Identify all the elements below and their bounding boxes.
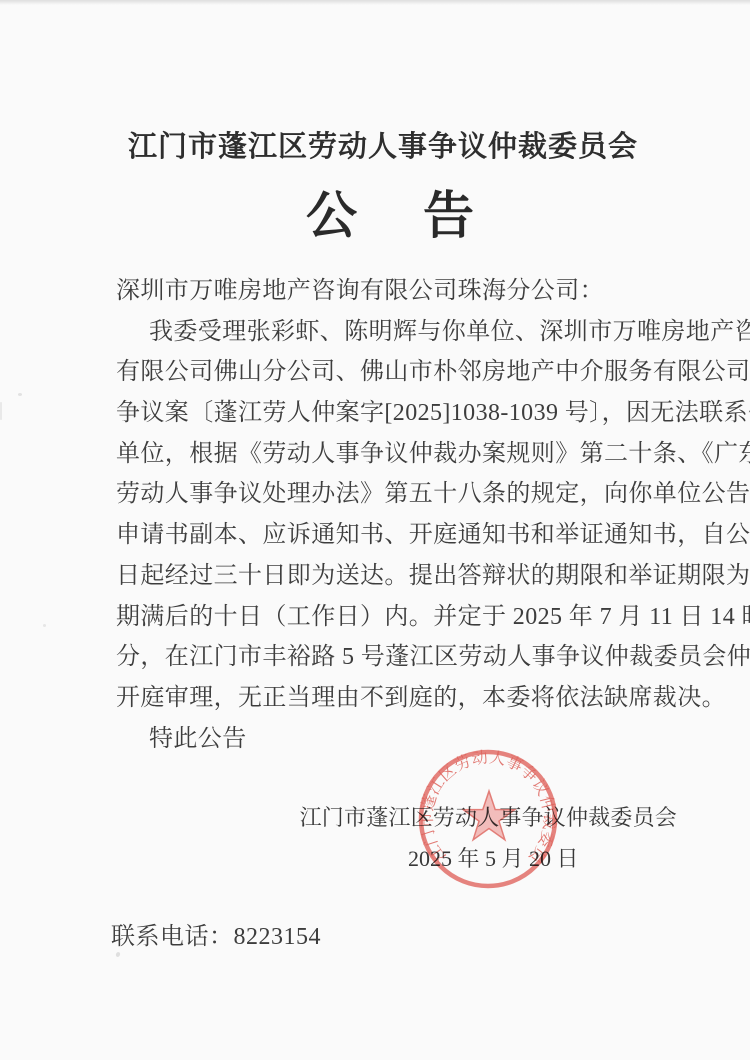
body-text-line: 有限公司佛山分公司、佛山市朴邻房地产中介服务有限公司劳动	[116, 352, 676, 393]
announcement-document: 江门市蓬江区劳动人事争议仲裁委员会 公告 深圳市万唯房地产咨询有限公司珠海分公司…	[0, 0, 750, 1060]
doc-type-char-first: 公	[306, 189, 357, 245]
body-text-line: 期满后的十日（工作日）内。并定于 2025 年 7 月 11 日 14 时 45	[116, 597, 676, 638]
contact-phone-row: 联系电话：8223154	[111, 916, 321, 951]
announcement-body: 深圳市万唯房地产咨询有限公司珠海分公司：我委受理张彩虾、陈明辉与你单位、深圳市万…	[116, 271, 676, 759]
scan-speck	[0, 402, 2, 420]
seal-star-icon	[463, 791, 514, 840]
body-text-line: 日起经过三十日即为送达。提出答辩状的期限和举证期限为公告	[116, 556, 676, 597]
body-text-line: 争议案〔蓬江劳人仲案字[2025]1038-1039 号〕，因无法联系你	[116, 393, 676, 434]
body-text-line: 分，在江门市丰裕路 5 号蓬江区劳动人事争议仲裁委员会仲裁庭	[116, 637, 676, 678]
body-text-line: 开庭审理，无正当理由不到庭的，本委将依法缺席裁决。	[116, 678, 676, 719]
official-seal: 江门市蓬江区劳动人事争议仲裁委员会	[412, 743, 564, 895]
body-text-line: 劳动人事争议处理办法》第五十八条的规定，向你单位公告送达	[116, 474, 676, 515]
body-text-line: 深圳市万唯房地产咨询有限公司珠海分公司：	[116, 271, 676, 312]
doc-type-char-second: 告	[423, 189, 474, 245]
body-text-line: 特此公告	[116, 719, 676, 760]
body-text-line: 单位，根据《劳动人事争议仲裁办案规则》第二十条、《广东省	[116, 434, 676, 475]
contact-phone-label: 联系电话：	[111, 924, 234, 950]
contact-phone-number: 8223154	[234, 924, 322, 950]
doc-type-heading: 公告	[0, 174, 750, 248]
body-text-line: 我委受理张彩虾、陈明辉与你单位、深圳市万唯房地产咨询	[116, 312, 676, 353]
issuing-authority-title: 江门市蓬江区劳动人事争议仲裁委员会	[0, 124, 750, 165]
scan-edge-artifact	[0, 0, 750, 5]
body-text-line: 申请书副本、应诉通知书、开庭通知书和举证通知书，自公告之	[116, 515, 676, 556]
scan-speck	[18, 393, 22, 396]
scan-speck	[43, 624, 46, 627]
scan-speck	[115, 951, 121, 957]
